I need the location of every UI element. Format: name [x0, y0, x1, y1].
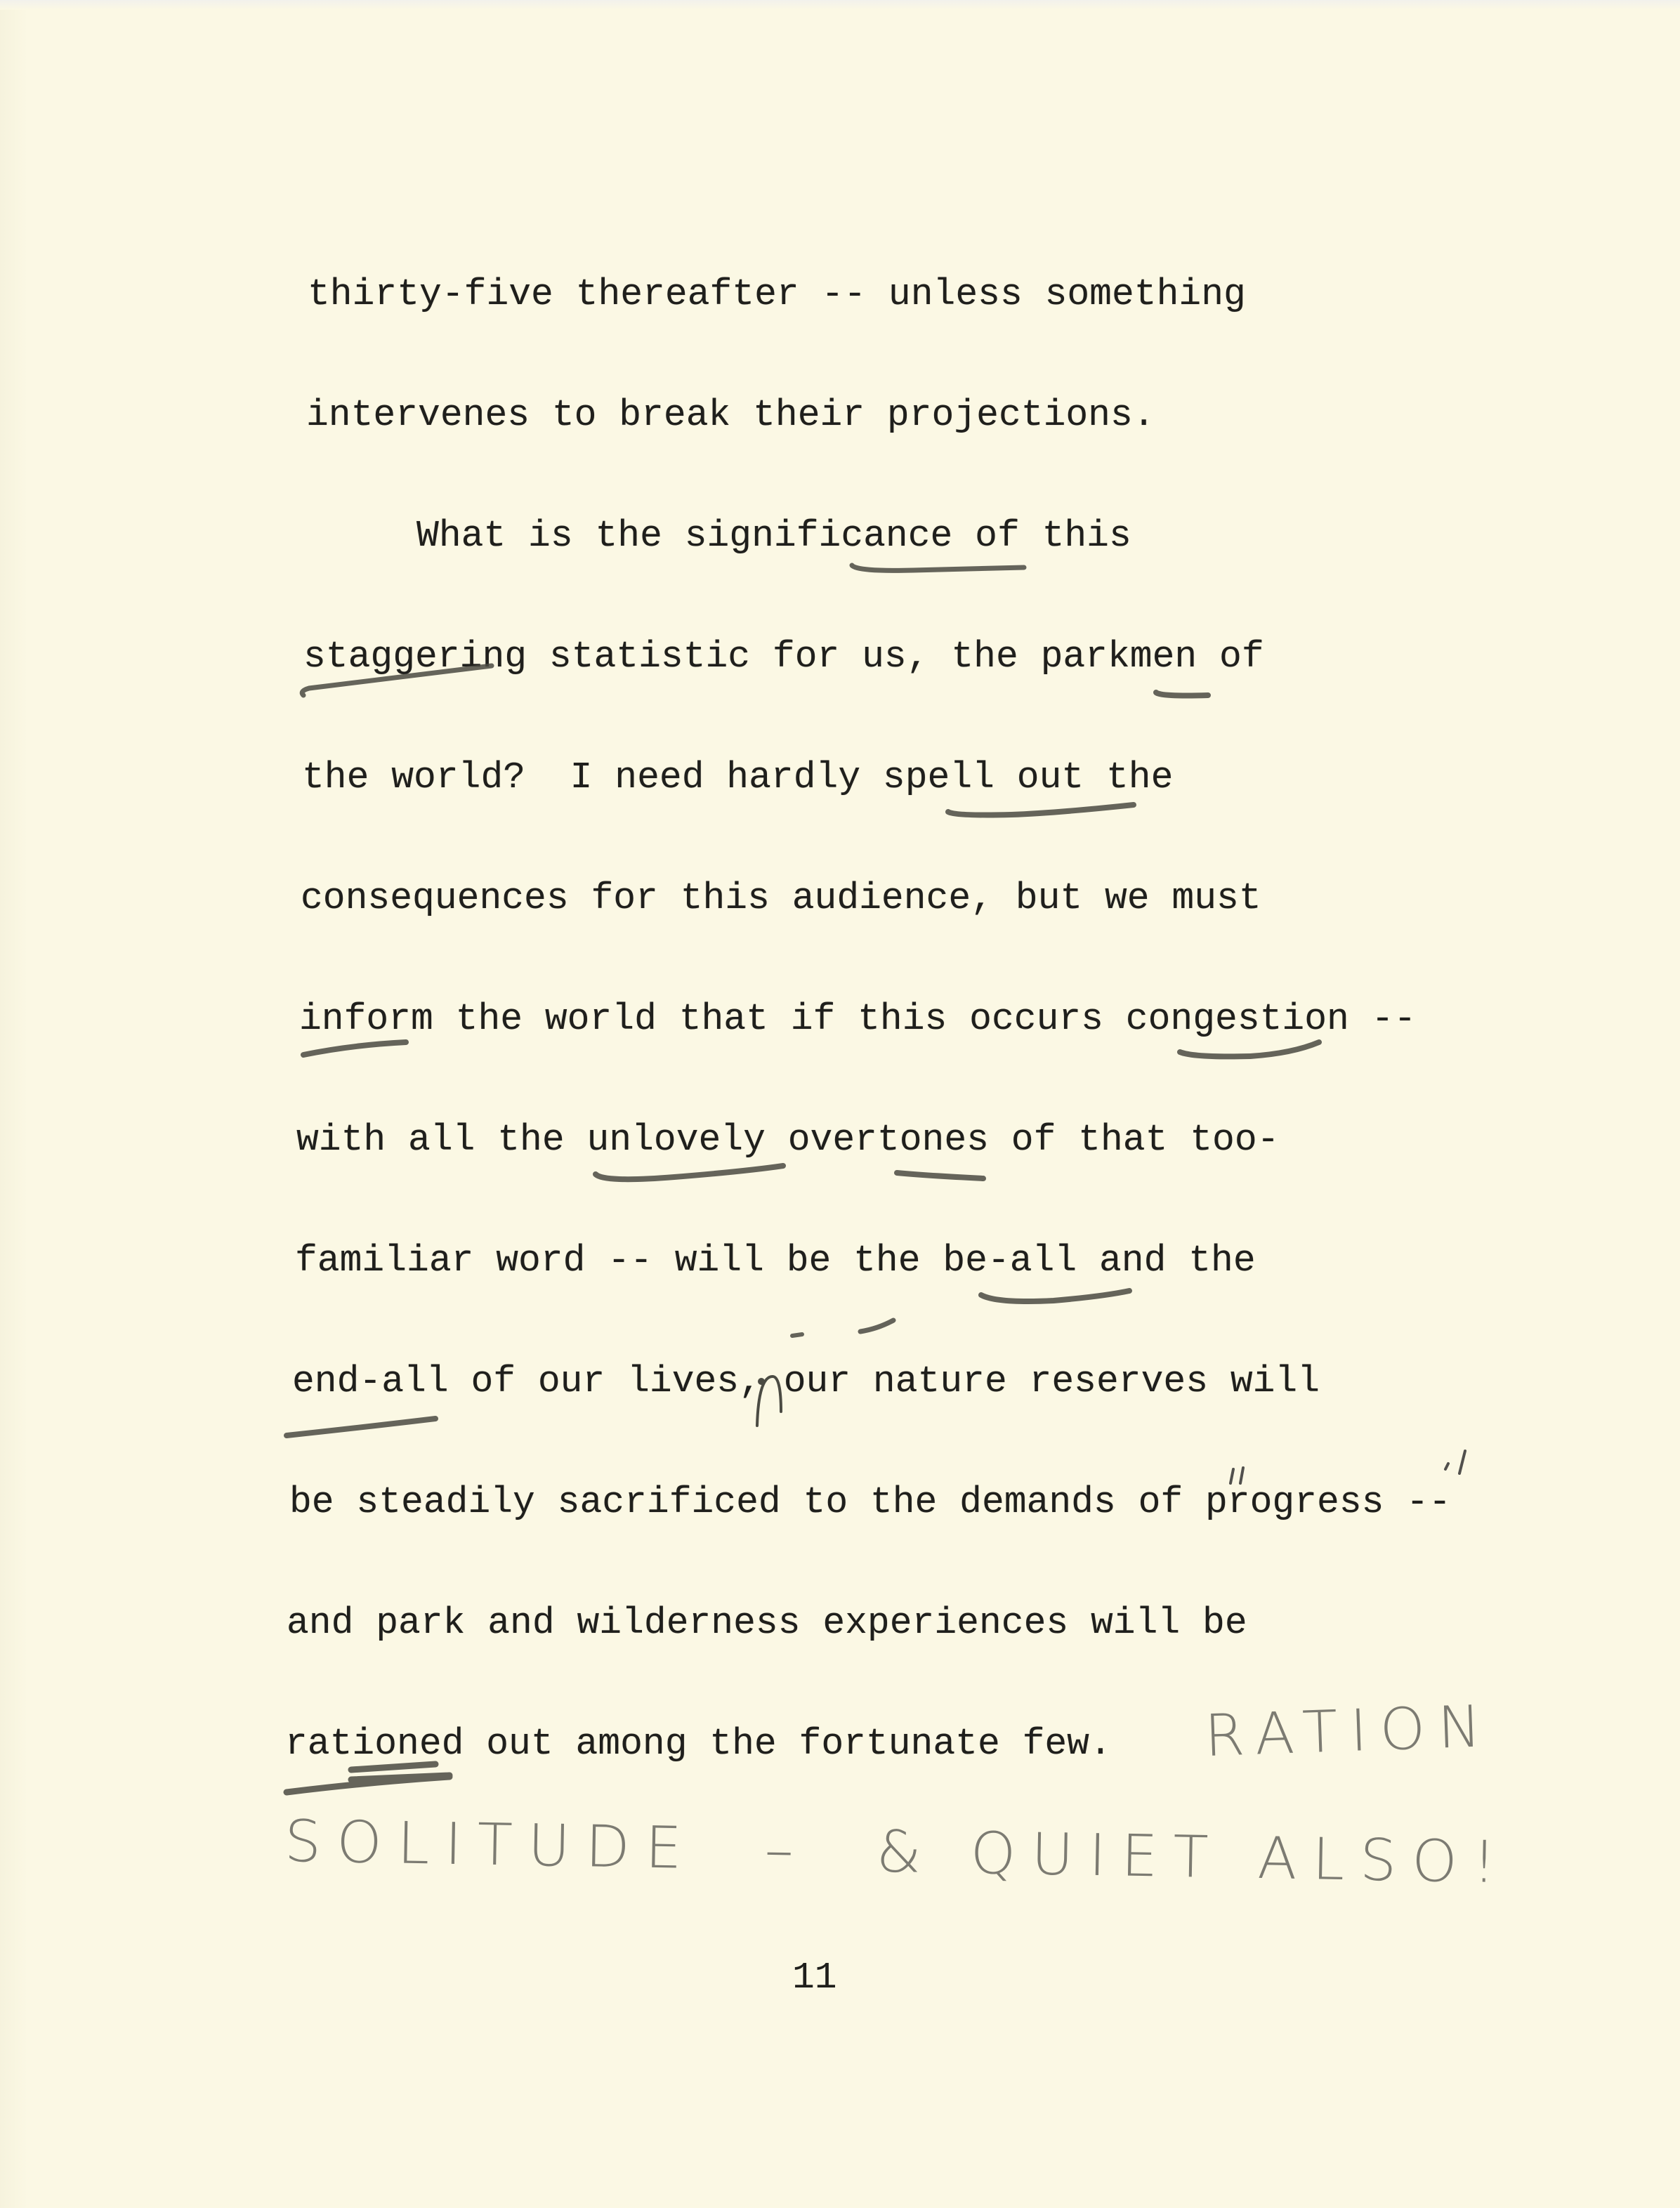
- page-number: 11: [792, 1959, 837, 1997]
- underline-rationed: [287, 1764, 449, 1792]
- underline-end-all: [287, 1419, 435, 1435]
- text-line-5: the world? I need hardly spell out the: [302, 759, 1173, 796]
- text-line-11: be steadily sacrificed to the demands of…: [289, 1484, 1451, 1521]
- handwritten-note-solitude: SOLITUDE – & QUIET ALSO!: [284, 1808, 1511, 1896]
- underline-spell-out: [948, 805, 1134, 815]
- underline-overtones: [897, 1173, 983, 1178]
- text-line-9: familiar word -- will be the be-all and …: [295, 1242, 1256, 1280]
- underline-significance: [852, 565, 1024, 570]
- text-line-13: rationed out among the fortunate few.: [285, 1726, 1112, 1763]
- underline-be-all: [981, 1291, 1129, 1301]
- text-line-7: inform the world that if this occurs con…: [299, 1001, 1416, 1038]
- underline-parkmen: [1156, 692, 1208, 696]
- document-page: thirty-five thereafter -- unless somethi…: [0, 0, 1680, 2208]
- underline-congestion: [1180, 1042, 1319, 1056]
- pencil-mark-dash: [792, 1334, 802, 1336]
- text-line-10: end-all of our lives, our nature reserve…: [292, 1363, 1320, 1400]
- handwritten-note-ration: RATION: [1203, 1693, 1495, 1770]
- text-line-1: thirty-five thereafter -- unless somethi…: [308, 276, 1246, 313]
- text-line-4: staggering statistic for us, the parkmen…: [303, 638, 1264, 676]
- underline-unlovely: [596, 1166, 783, 1179]
- underline-inform: [303, 1042, 406, 1055]
- page-top-edge: [0, 0, 1680, 10]
- text-line-12: and park and wilderness experiences will…: [287, 1605, 1247, 1642]
- quote-close-mark: [1445, 1451, 1465, 1473]
- text-line-2: intervenes to break their projections.: [306, 397, 1155, 434]
- pencil-mark-arc: [860, 1320, 893, 1332]
- text-line-8: with all the unlovely overtones of that …: [296, 1122, 1279, 1159]
- text-line-3: What is the significance of this: [305, 518, 1131, 555]
- text-line-6: consequences for this audience, but we m…: [301, 880, 1261, 917]
